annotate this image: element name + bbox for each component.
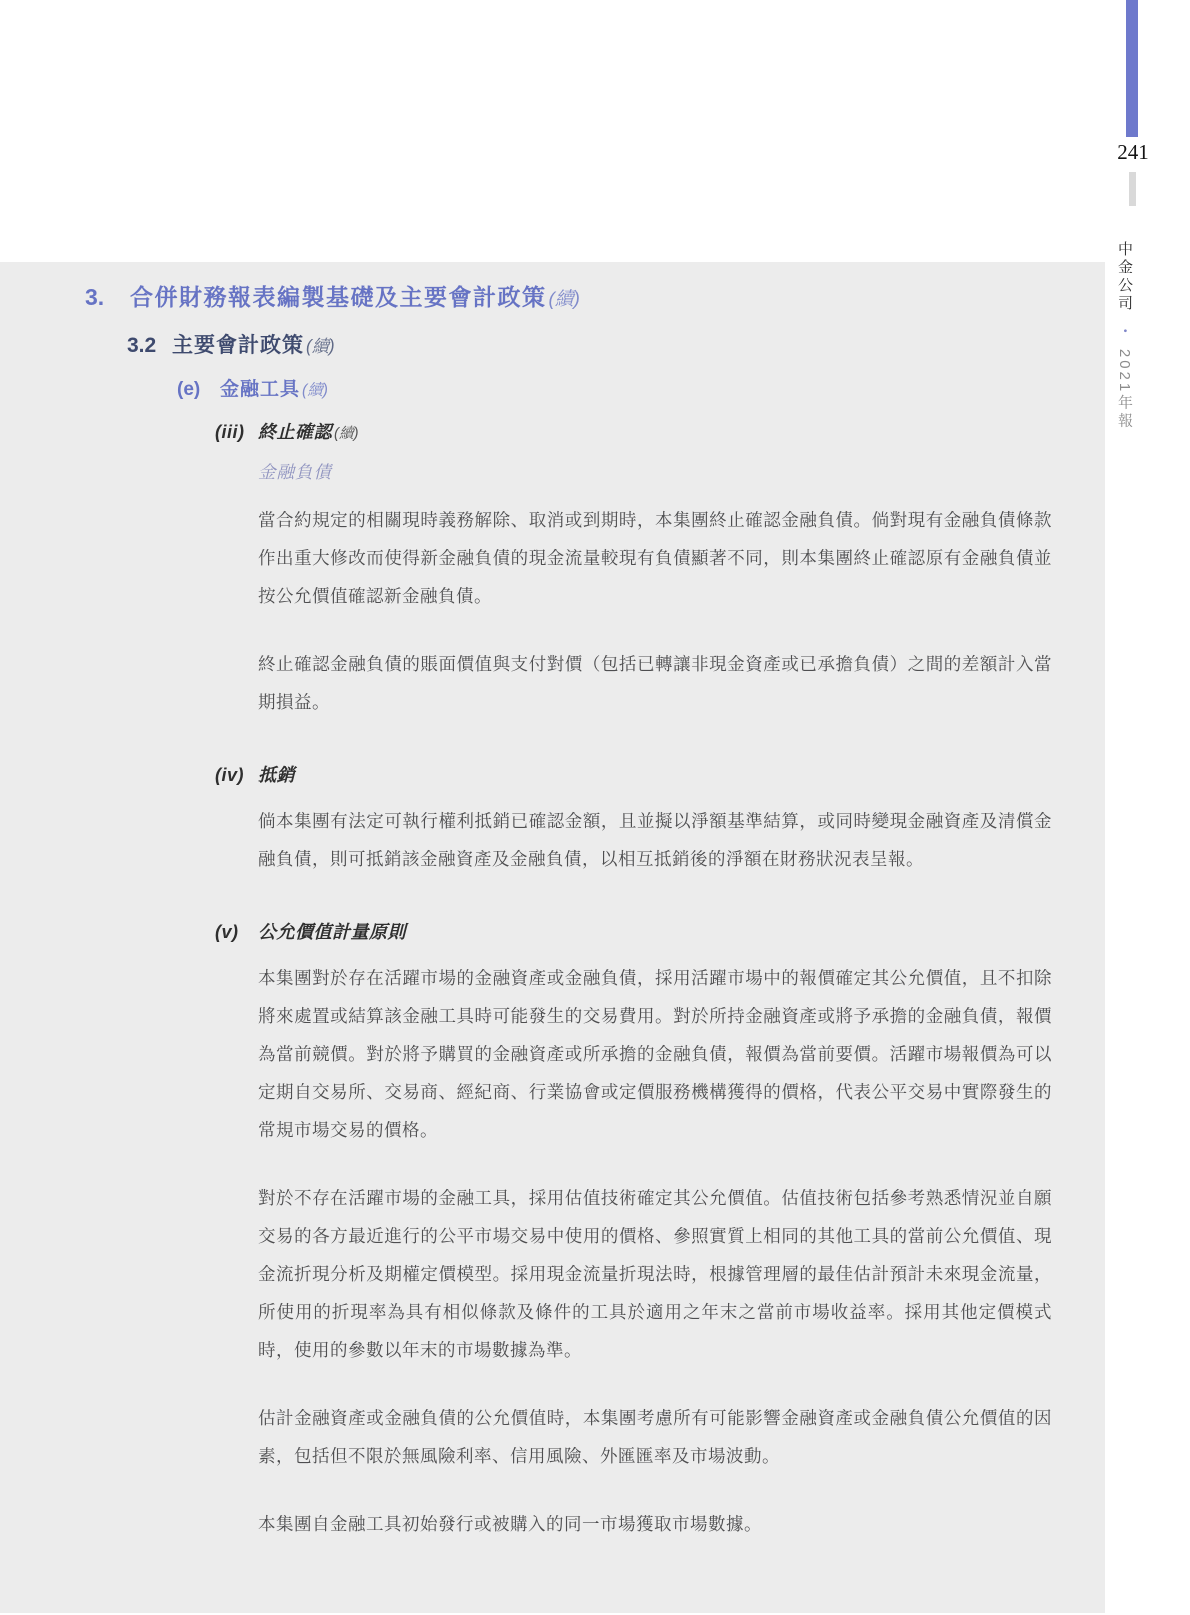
section-heading-text: 合併財務報表編製基礎及主要會計政策(續) <box>130 279 580 312</box>
section-heading-number: 3. <box>85 284 130 311</box>
spine-title: 中金公司 • 2021年報 <box>1114 241 1135 430</box>
page-number: 241 <box>1103 140 1163 165</box>
item-heading: (e) 金融工具(續) <box>177 374 1052 401</box>
item-heading-text: 金融工具(續) <box>220 374 328 401</box>
financial-liabilities-subheading: 金融負債 <box>258 459 1052 484</box>
paragraph: 估計金融資產或金融負債的公允價值時，本集團考慮所有可能影響金融資產或金融負債公允… <box>258 1399 1052 1475</box>
section-v-body: 本集團對於存在活躍市場的金融資產或金融負債，採用活躍市場中的報價確定其公允價值，… <box>258 959 1052 1543</box>
subsection-heading-number: 3.2 <box>127 334 172 358</box>
paragraph: 本集團對於存在活躍市場的金融資產或金融負債，採用活躍市場中的報價確定其公允價值，… <box>258 959 1052 1149</box>
paragraph: 當合約規定的相關現時義務解除、取消或到期時，本集團終止確認金融負債。倘對現有金融… <box>258 501 1052 615</box>
company-name: 中金公司 <box>1116 241 1133 313</box>
page-number-divider <box>1129 172 1136 206</box>
section-iii: (iii) 終止確認(續) 金融負債 當合約規定的相關現時義務解除、取消或到期時… <box>215 418 1052 721</box>
section-iv-heading: (iv) 抵銷 <box>215 761 1052 787</box>
section-iii-heading: (iii) 終止確認(續) <box>215 418 1052 444</box>
section-iii-number: (iii) <box>215 422 258 443</box>
section-v: (v) 公允價值計量原則 本集團對於存在活躍市場的金融資產或金融負債，採用活躍市… <box>215 918 1052 1543</box>
continued-marker: (續) <box>334 426 359 442</box>
paragraph: 終止確認金融負債的賬面價值與支付對價（包括已轉讓非現金資產或已承擔負債）之間的差… <box>258 645 1052 721</box>
paragraph: 本集團自金融工具初始發行或被購入的同一市場獲取市場數據。 <box>258 1505 1052 1543</box>
continued-marker: (續) <box>549 288 580 309</box>
section-heading: 3. 合併財務報表編製基礎及主要會計政策(續) <box>85 279 1052 312</box>
paragraph: 倘本集團有法定可執行權利抵銷已確認金額，且並擬以淨額基準結算，或同時變現金融資產… <box>258 802 1052 878</box>
accent-bar <box>1126 0 1138 137</box>
item-heading-number: (e) <box>177 379 220 401</box>
subsection-heading-text: 主要會計政策(續) <box>172 329 335 359</box>
separator-dot-icon: • <box>1119 329 1130 333</box>
section-iv-body: 倘本集團有法定可執行權利抵銷已確認金額，且並擬以淨額基準結算，或同時變現金融資產… <box>258 802 1052 878</box>
paragraph: 對於不存在活躍市場的金融工具，採用估值技術確定其公允價值。估值技術包括參考熟悉情… <box>258 1179 1052 1369</box>
section-iii-title: 終止確認(續) <box>258 418 359 444</box>
section-iv-number: (iv) <box>215 765 258 786</box>
content-panel: 3. 合併財務報表編製基礎及主要會計政策(續) 3.2 主要會計政策(續) (e… <box>0 262 1105 1613</box>
report-page: 241 中金公司 • 2021年報 3. 合併財務報表編製基礎及主要會計政策(續… <box>0 0 1190 1615</box>
continued-marker: (續) <box>302 382 328 399</box>
section-v-title: 公允價值計量原則 <box>258 918 406 944</box>
continued-marker: (續) <box>306 336 335 356</box>
section-iii-body: 金融負債 當合約規定的相關現時義務解除、取消或到期時，本集團終止確認金融負債。倘… <box>258 459 1052 721</box>
section-v-heading: (v) 公允價值計量原則 <box>215 918 1052 944</box>
section-iv: (iv) 抵銷 倘本集團有法定可執行權利抵銷已確認金額，且並擬以淨額基準結算，或… <box>215 761 1052 878</box>
report-year: 2021年報 <box>1116 349 1133 430</box>
section-v-number: (v) <box>215 922 258 943</box>
subsection-heading: 3.2 主要會計政策(續) <box>127 329 1052 359</box>
section-iv-title: 抵銷 <box>258 761 295 787</box>
